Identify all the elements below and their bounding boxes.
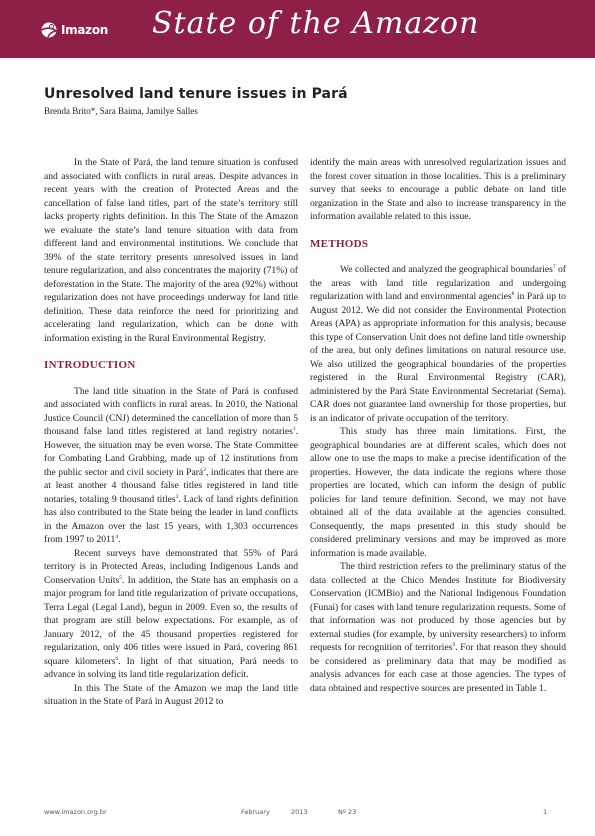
imazon-logo: Imazon xyxy=(40,20,108,40)
publication-title: State of the Amazon xyxy=(152,6,479,41)
footer-issue: Nº 23 xyxy=(338,808,356,816)
page-footer: www.imazon.org.br February 2013 Nº 23 1 xyxy=(0,808,595,820)
logo-text: Imazon xyxy=(61,23,108,37)
footer-month: February xyxy=(241,808,270,816)
article-authors: Brenda Brito*, Sara Baima, Jamilye Salle… xyxy=(44,106,198,116)
article-title: Unresolved land tenure issues in Pará xyxy=(44,86,348,102)
abstract-paragraph: In the State of Pará, the land tenure si… xyxy=(44,156,298,345)
footer-page-number: 1 xyxy=(543,808,547,816)
imazon-logo-icon xyxy=(40,22,58,38)
left-column: In the State of Pará, the land tenure si… xyxy=(44,156,298,709)
methods-paragraph-1: We collected and analyzed the geographic… xyxy=(310,263,566,425)
intro-paragraph-3-continued: identify the main areas with unresolved … xyxy=(310,156,566,224)
methods-heading: METHODS xyxy=(310,238,566,252)
introduction-heading: INTRODUCTION xyxy=(44,359,298,373)
intro-paragraph-3: In this The State of the Amazon we map t… xyxy=(44,682,298,709)
methods-paragraph-3: The third restriction refers to the prel… xyxy=(310,560,566,695)
intro-paragraph-1: The land title situation in the State of… xyxy=(44,385,298,547)
intro-paragraph-2: Recent surveys have demonstrated that 55… xyxy=(44,547,298,682)
footer-website-link[interactable]: www.imazon.org.br xyxy=(44,808,107,816)
right-column: identify the main areas with unresolved … xyxy=(310,156,566,695)
header-banner: Imazon State of the Amazon xyxy=(0,0,595,58)
footer-year: 2013 xyxy=(291,808,308,816)
methods-paragraph-2: This study has three main limitations. F… xyxy=(310,425,566,560)
